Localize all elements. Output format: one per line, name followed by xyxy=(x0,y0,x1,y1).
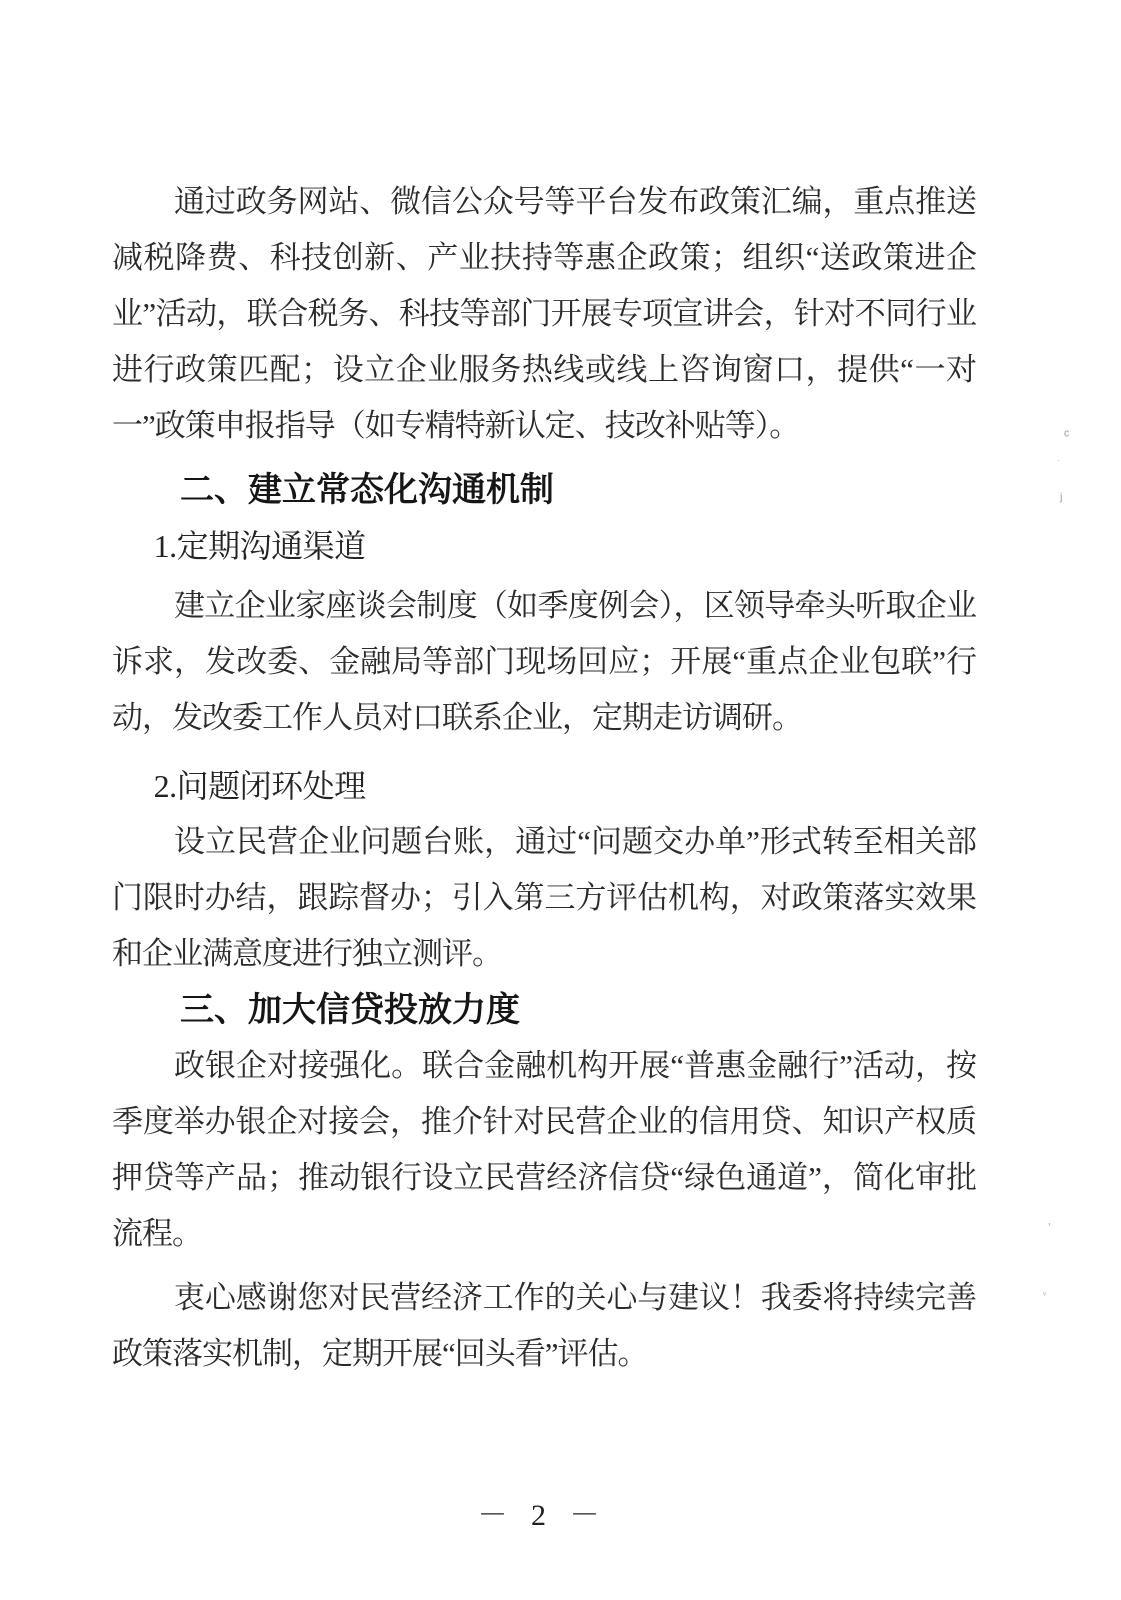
subheading-2-1: 1.定期沟通渠道 xyxy=(112,518,976,574)
paragraph-credit-support: 政银企对接强化。联合金融机构开展“普惠金融行”活动，按季度举办银企对接会，推介针… xyxy=(112,1038,976,1262)
paragraph-policy-promotion: 通过政务网站、微信公众号等平台发布政策汇编，重点推送减税降费、科技创新、产业扶持… xyxy=(112,174,976,454)
paragraph-closing-thanks: 衷心感谢您对民营经济工作的关心与建议！我委将持续完善政策落实机制，定期开展“回头… xyxy=(112,1270,976,1382)
scan-artifact: · xyxy=(1057,456,1060,466)
document-page: 通过政务网站、微信公众号等平台发布政策汇编，重点推送减税降费、科技创新、产业扶持… xyxy=(0,0,1121,1600)
paragraph-communication-channel: 建立企业家座谈会制度（如季度例会），区领导牵头听取企业诉求，发改委、金融局等部门… xyxy=(112,578,976,746)
scan-artifact: ᵥ xyxy=(1043,1288,1046,1298)
document-body: 通过政务网站、微信公众号等平台发布政策汇编，重点推送减税降费、科技创新、产业扶持… xyxy=(112,174,976,1382)
scan-artifact: ʾ xyxy=(1047,1222,1052,1237)
scan-artifact: ʲ xyxy=(1060,492,1062,507)
paragraph-problem-loop: 设立民营企业问题台账，通过“问题交办单”形式转至相关部门限时办结，跟踪督办；引入… xyxy=(112,814,976,982)
scan-artifact: ᶜ xyxy=(1064,428,1069,443)
section-heading-2: 二、建立常态化沟通机制 xyxy=(112,462,976,518)
section-heading-3: 三、加大信贷投放力度 xyxy=(112,982,976,1038)
subheading-2-2: 2.问题闭环处理 xyxy=(112,758,976,814)
page-number: － 2 － xyxy=(478,1490,608,1534)
